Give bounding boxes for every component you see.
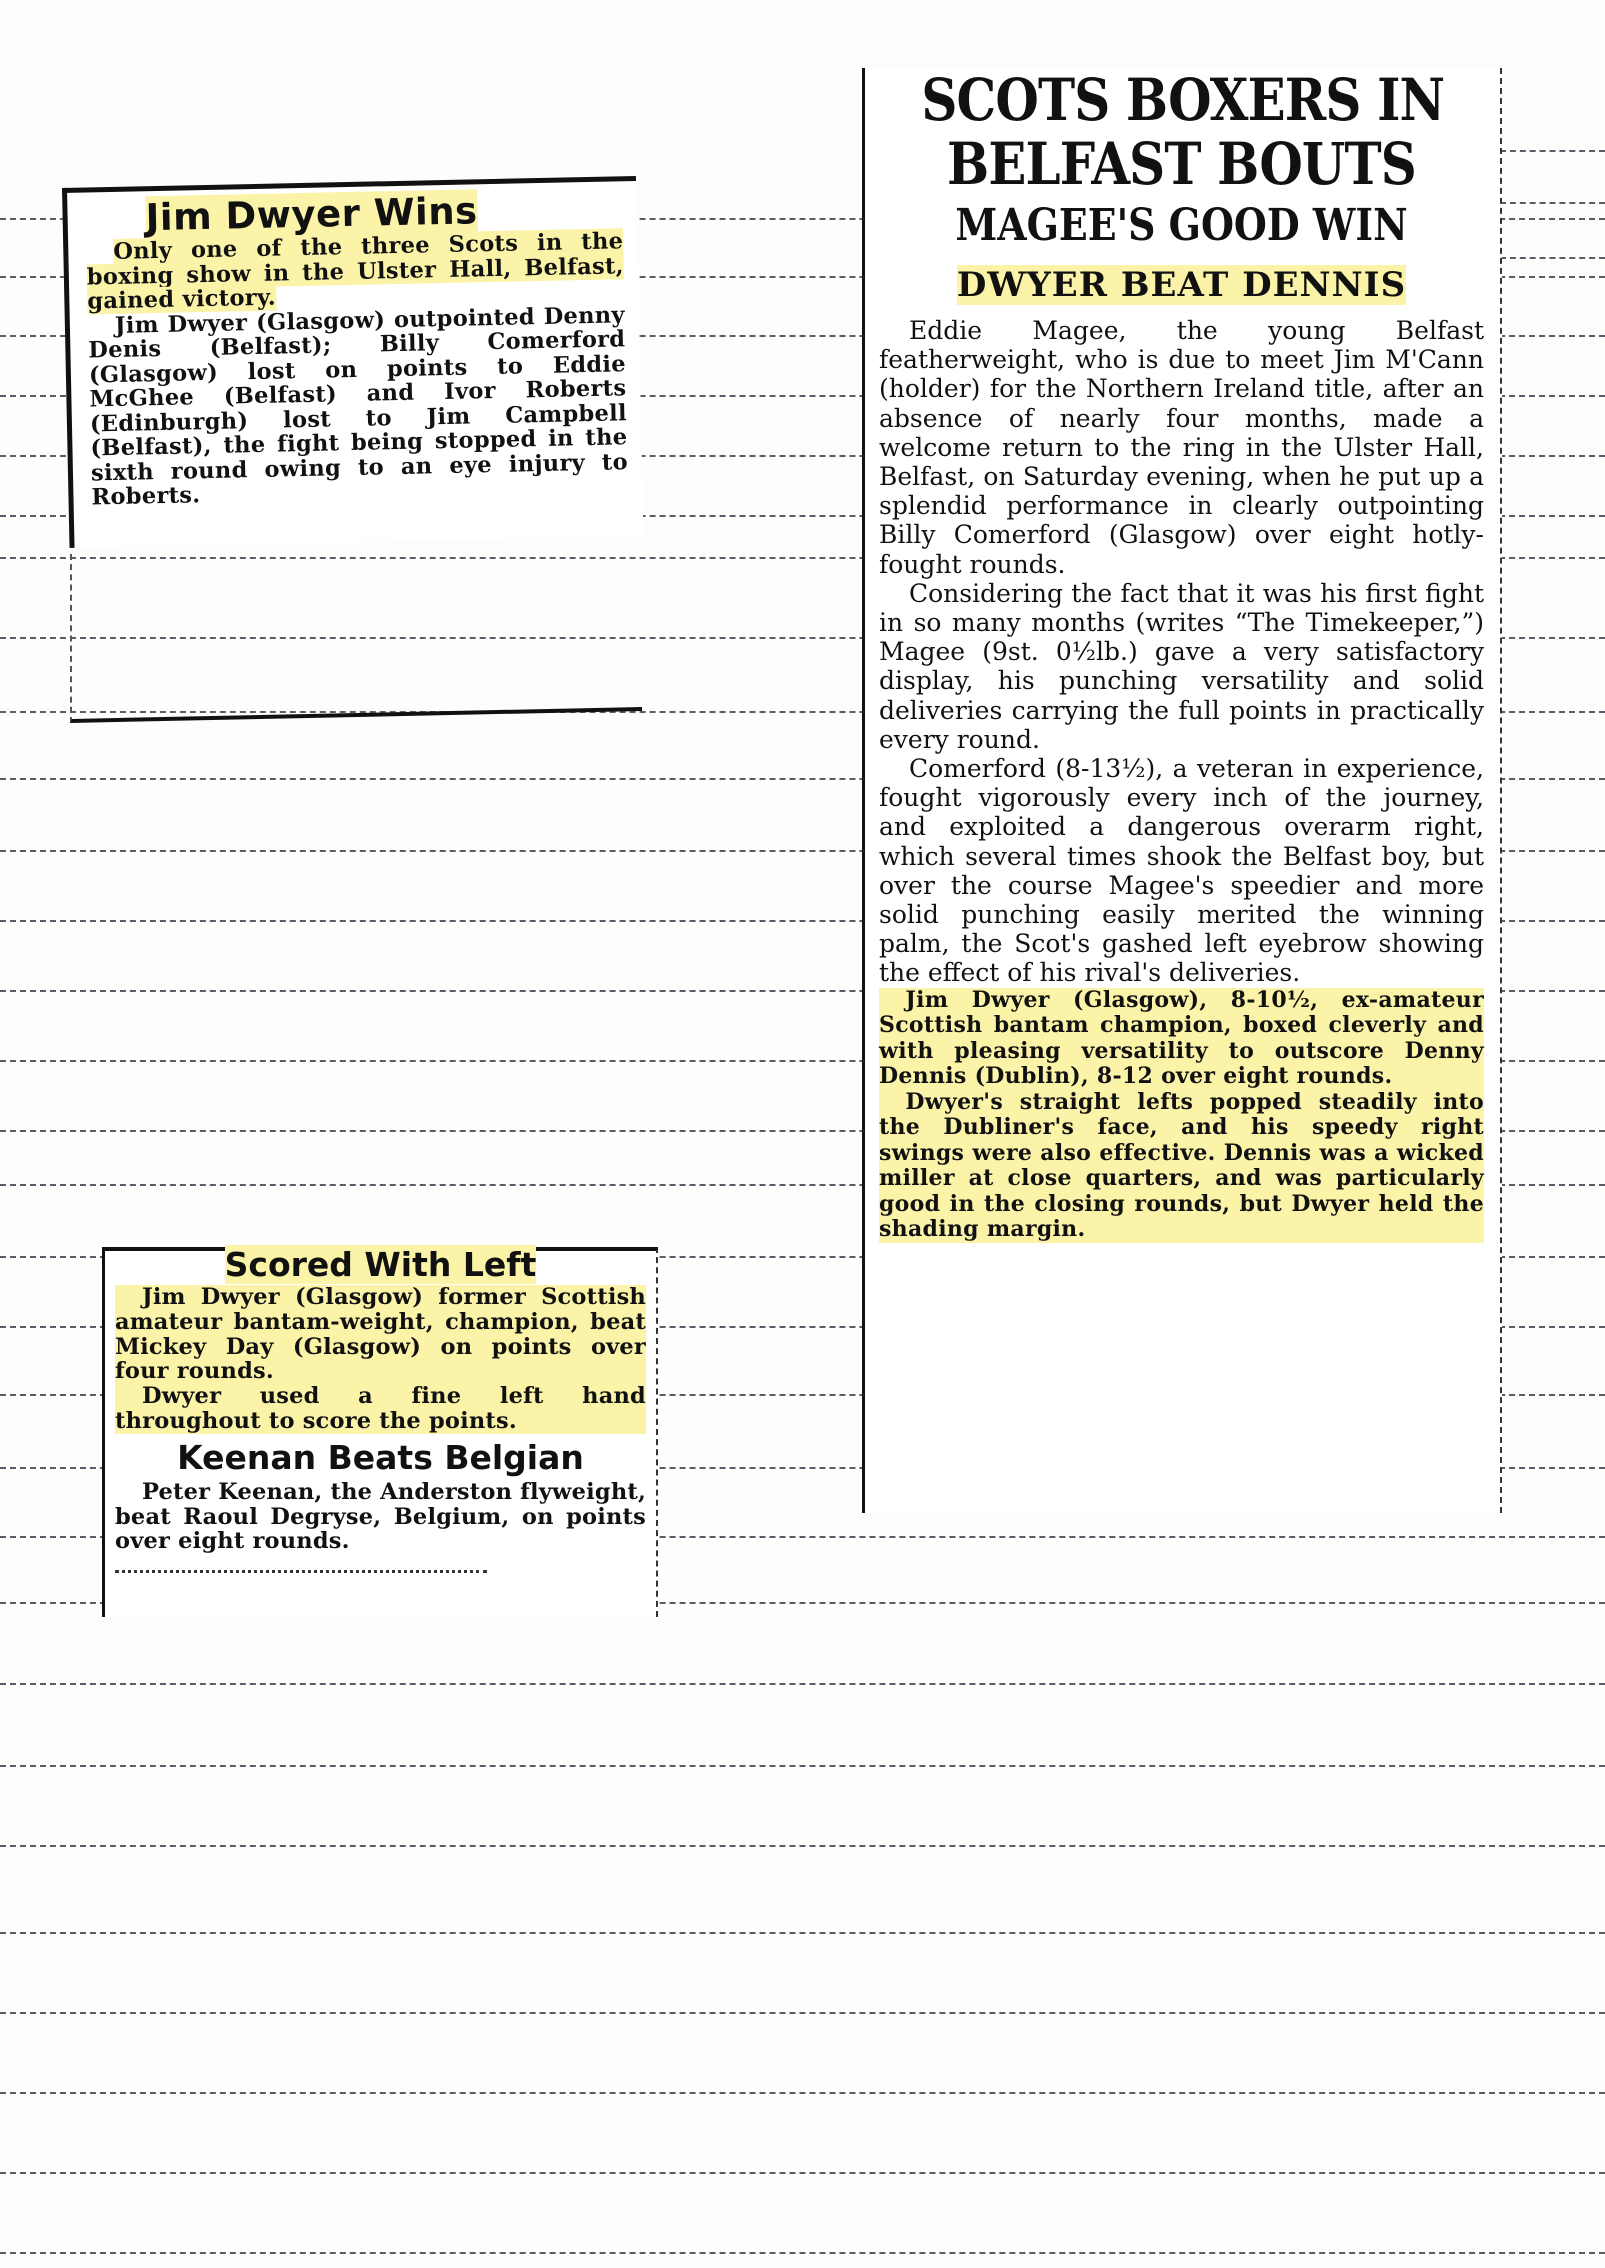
clipping-torn-edge [70, 542, 642, 723]
clipping-subheadline-highlighted: DWYER BEAT DENNIS [879, 260, 1484, 310]
clipping-headline-keenan-beats-belgian: Keenan Beats Belgian [115, 1436, 646, 1480]
ruled-line [0, 1845, 1605, 1847]
clipping-scored-with-left: Scored With Left Jim Dwyer (Glasgow) for… [102, 1247, 658, 1617]
clipping-paragraph-highlighted: Dwyer's straight lefts popped steadily i… [879, 1090, 1484, 1243]
clipping-paragraph-highlighted: Jim Dwyer (Glasgow) former Scottish amat… [115, 1285, 646, 1384]
clipping-cut-edge [115, 1556, 487, 1573]
clipping-paragraph: Jim Dwyer (Glasgow) outpointed Denny Den… [88, 303, 629, 510]
ruled-line [1500, 202, 1605, 204]
ruled-line [0, 2172, 1605, 2174]
ruled-line [0, 2252, 1605, 2254]
ruled-line [1500, 150, 1605, 152]
clipping-scots-boxers-in-belfast-bouts: SCOTS BOXERS IN BELFAST BOUTS MAGEE'S GO… [862, 68, 1502, 1513]
clipping-paragraph-highlighted: Dwyer used a fine left hand throughout t… [115, 1384, 646, 1434]
ruled-line [0, 1932, 1605, 1934]
clipping-paragraph: Considering the fact that it was his fir… [879, 579, 1484, 754]
ruled-line [0, 2092, 1605, 2094]
clipping-paragraph: Eddie Magee, the young Belfast featherwe… [879, 316, 1484, 579]
clipping-paragraph: Comerford (8-13½), a veteran in experien… [879, 754, 1484, 988]
clipping-headline: SCOTS BOXERS IN [921, 68, 1441, 132]
clipping-paragraph: Peter Keenan, the Anderston flyweight, b… [115, 1480, 646, 1554]
clipping-headline: BELFAST BOUTS [921, 132, 1441, 196]
clipping-paragraph-highlighted: Jim Dwyer (Glasgow), 8-10½, ex-amateur S… [879, 988, 1484, 1090]
ruled-line [1500, 257, 1605, 259]
ruled-line [0, 1765, 1605, 1767]
ruled-line [0, 1683, 1605, 1685]
clipping-subheadline: MAGEE'S GOOD WIN [921, 196, 1441, 256]
scrapbook-page: Jim Dwyer Wins Only one of the three Sco… [0, 0, 1605, 2268]
clipping-jim-dwyer-wins: Jim Dwyer Wins Only one of the three Sco… [62, 176, 643, 548]
ruled-line [0, 2012, 1605, 2014]
clipping-headline: Scored With Left [115, 1245, 646, 1285]
clipping-paragraph: Only one of the three Scots in the boxin… [86, 229, 624, 314]
